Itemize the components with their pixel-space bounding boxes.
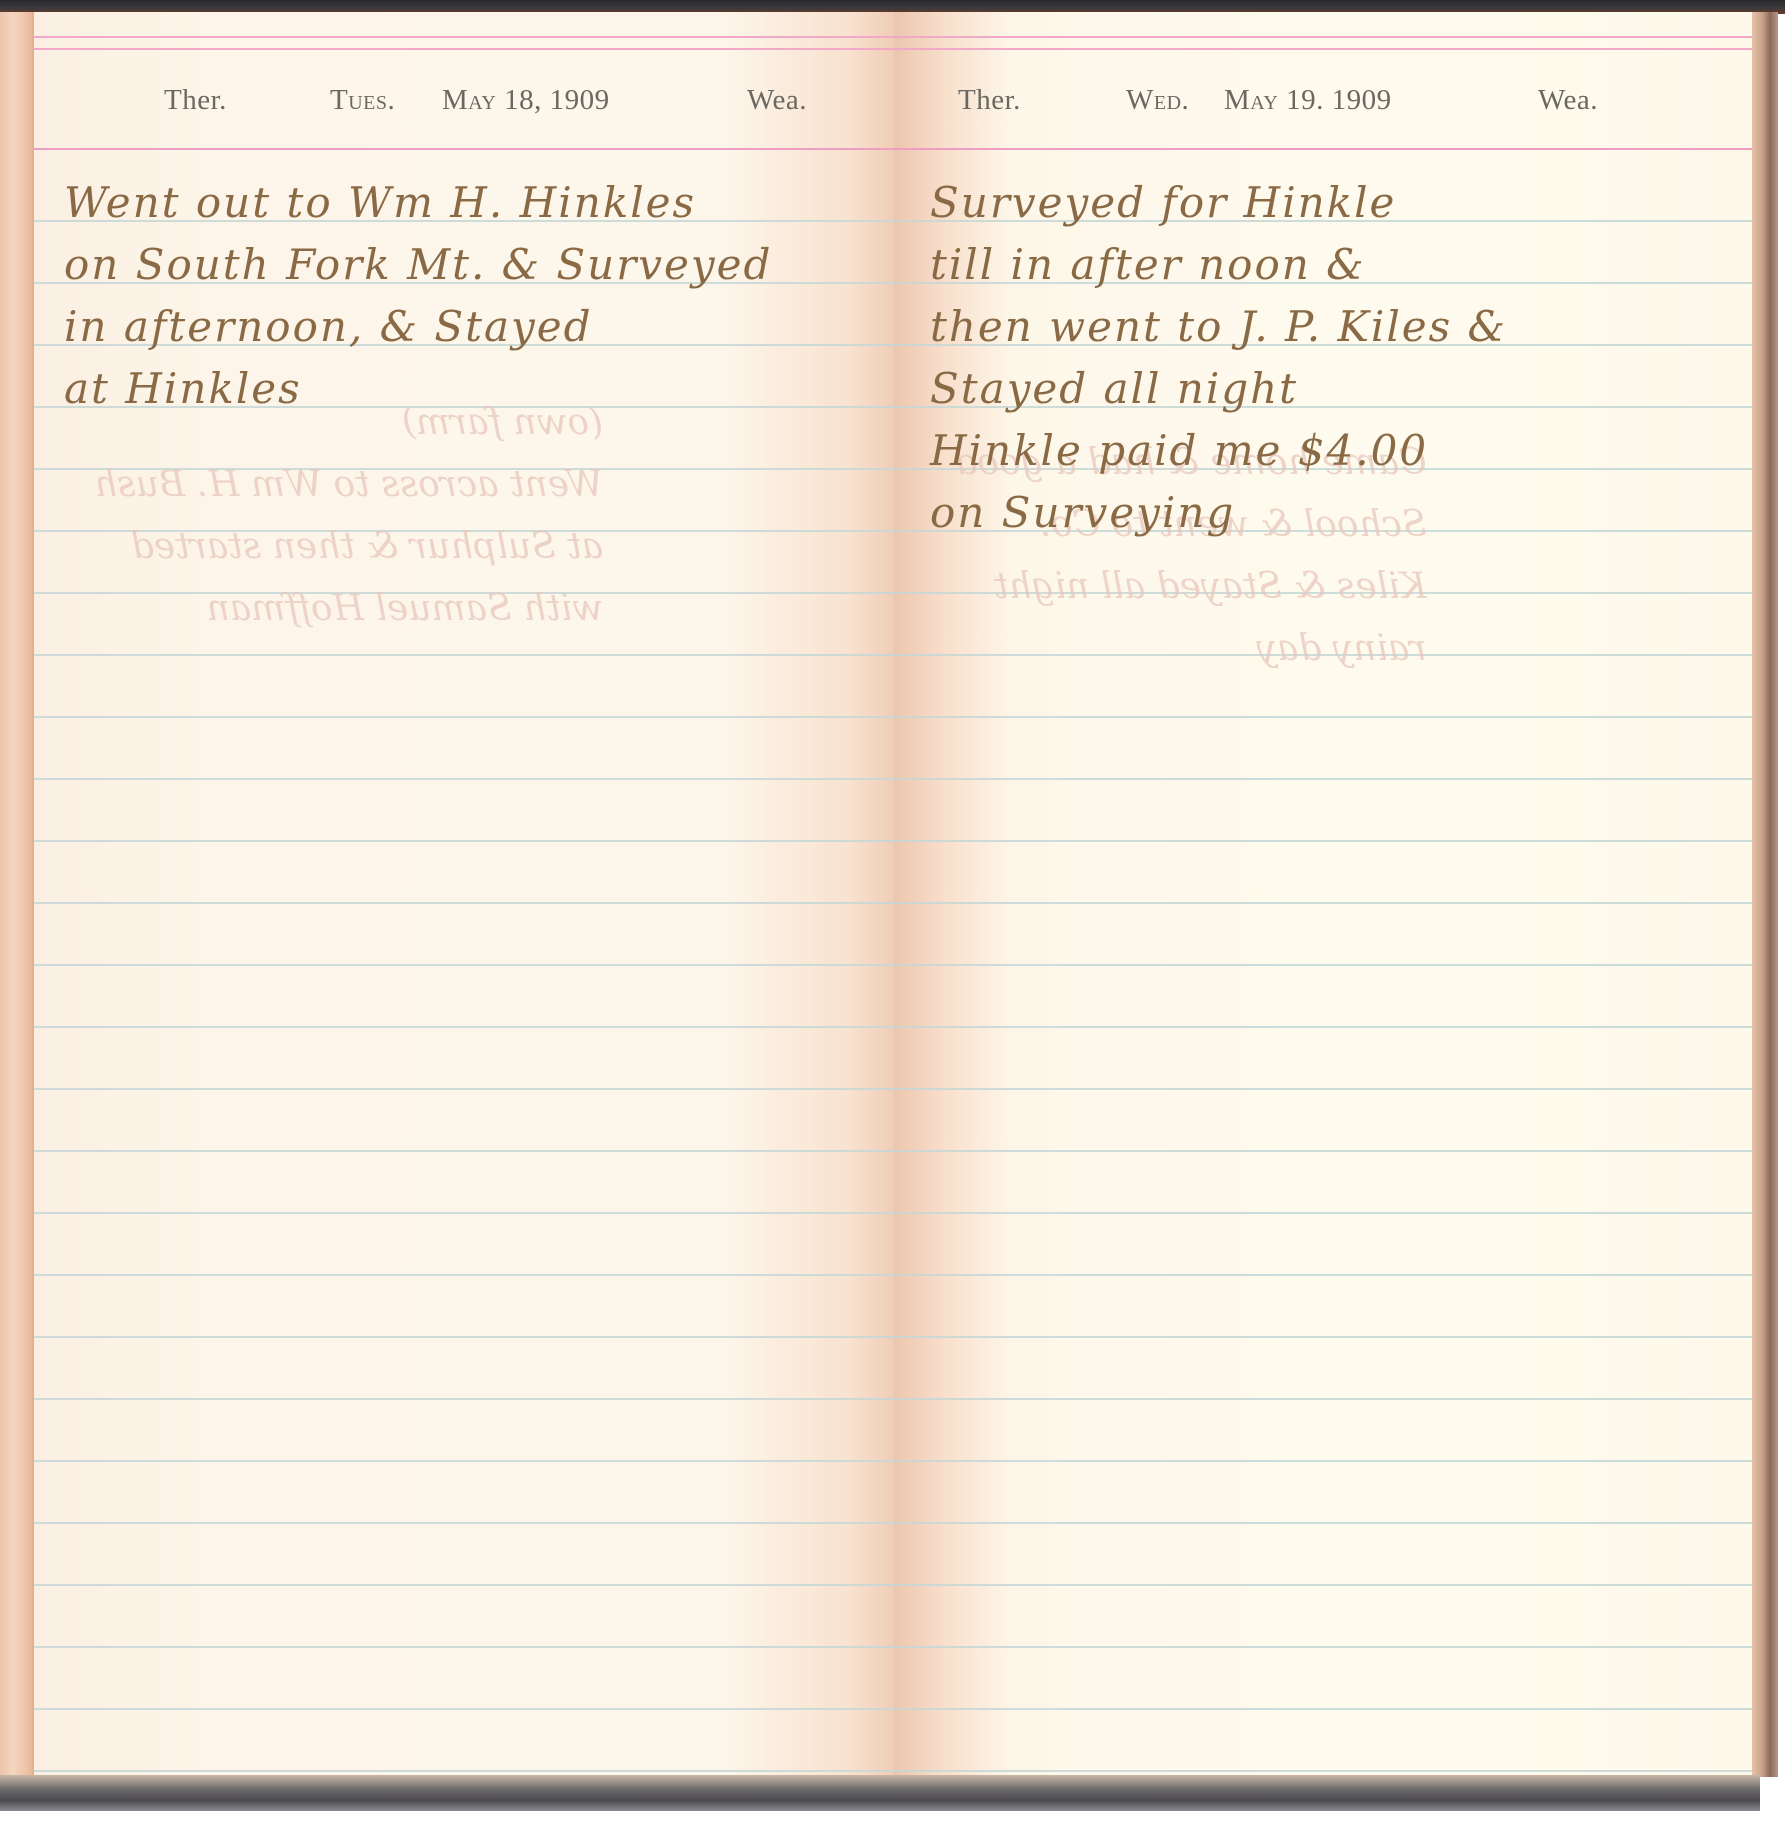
ruled-line (34, 840, 894, 842)
ruled-line (34, 1460, 894, 1462)
ruled-line (34, 1522, 894, 1524)
diary-page-left: Ther. Tues. May 18, 1909 Wea. (own farm)… (34, 12, 894, 1777)
header-top-rule (34, 36, 894, 50)
ruled-line (34, 654, 894, 656)
ruled-line (894, 1770, 1752, 1772)
diary-entry: Went out to Wm H. Hinkles on South Fork … (64, 172, 874, 420)
entry-line: on Surveying (930, 482, 1732, 544)
date-label: May 18, 1909 (442, 84, 610, 117)
ruled-line (34, 716, 894, 718)
ruled-line (894, 1522, 1752, 1524)
page-header: Ther. Wed. May 19. 1909 Wea. (894, 84, 1752, 124)
entry-line: then went to J. P. Kiles & (930, 296, 1732, 358)
ruled-line (34, 1584, 894, 1586)
entry-line: Stayed all night (930, 358, 1732, 420)
ruled-line (894, 778, 1752, 780)
ruled-line (34, 1026, 894, 1028)
ruled-line (894, 1708, 1752, 1710)
ruled-line (34, 1708, 894, 1710)
page-edges-left (0, 12, 34, 1777)
entry-line: at Hinkles (64, 358, 874, 420)
ruled-line (894, 840, 1752, 842)
diary-entry: Surveyed for Hinkle till in after noon &… (930, 172, 1732, 544)
ruled-line (34, 778, 894, 780)
ruled-line (34, 1150, 894, 1152)
entry-line: on South Fork Mt. & Surveyed (64, 234, 874, 296)
ruled-line (894, 1274, 1752, 1276)
ruled-line (894, 902, 1752, 904)
ruled-line (894, 716, 1752, 718)
bleed-through-text: (own farm) Went across to Wm H. Bush at … (94, 392, 603, 640)
weather-label: Wea. (1538, 84, 1598, 117)
ruled-line (34, 1646, 894, 1648)
ruled-line (894, 1646, 1752, 1648)
page-header: Ther. Tues. May 18, 1909 Wea. (34, 84, 894, 124)
ruled-line (34, 964, 894, 966)
entry-line: till in after noon & (930, 234, 1732, 296)
header-top-rule (894, 36, 1752, 50)
ruled-line (894, 1088, 1752, 1090)
ruled-line (894, 1212, 1752, 1214)
ruled-line (34, 1398, 894, 1400)
date-label: May 19. 1909 (1224, 84, 1392, 117)
thermometer-label: Ther. (164, 84, 227, 117)
weather-label: Wea. (747, 84, 807, 117)
entry-line: Went out to Wm H. Hinkles (64, 172, 874, 234)
ruled-line (34, 1212, 894, 1214)
ruled-line (894, 1026, 1752, 1028)
ruled-line (894, 1460, 1752, 1462)
book-cover-bottom-edge (0, 1775, 1760, 1811)
ruled-line (894, 1150, 1752, 1152)
ruled-line (34, 1770, 894, 1772)
ruled-line (894, 1398, 1752, 1400)
ruled-line (894, 1584, 1752, 1586)
entry-line: Surveyed for Hinkle (930, 172, 1732, 234)
ruled-line (34, 1274, 894, 1276)
thermometer-label: Ther. (958, 84, 1021, 117)
ruled-line (34, 902, 894, 904)
ruled-line (894, 1336, 1752, 1338)
ruled-line (34, 1088, 894, 1090)
page-edges-right (1752, 12, 1778, 1777)
entry-line: Hinkle paid me $4.00 (930, 420, 1732, 482)
day-label: Wed. (1126, 84, 1189, 117)
day-label: Tues. (330, 84, 395, 117)
diary-page-right: Ther. Wed. May 19. 1909 Wea. Came home &… (894, 12, 1752, 1777)
header-bottom-rule (894, 148, 1752, 150)
header-bottom-rule (34, 148, 894, 150)
ruled-line (34, 1336, 894, 1338)
ruled-line (894, 964, 1752, 966)
entry-line: in afternoon, & Stayed (64, 296, 874, 358)
